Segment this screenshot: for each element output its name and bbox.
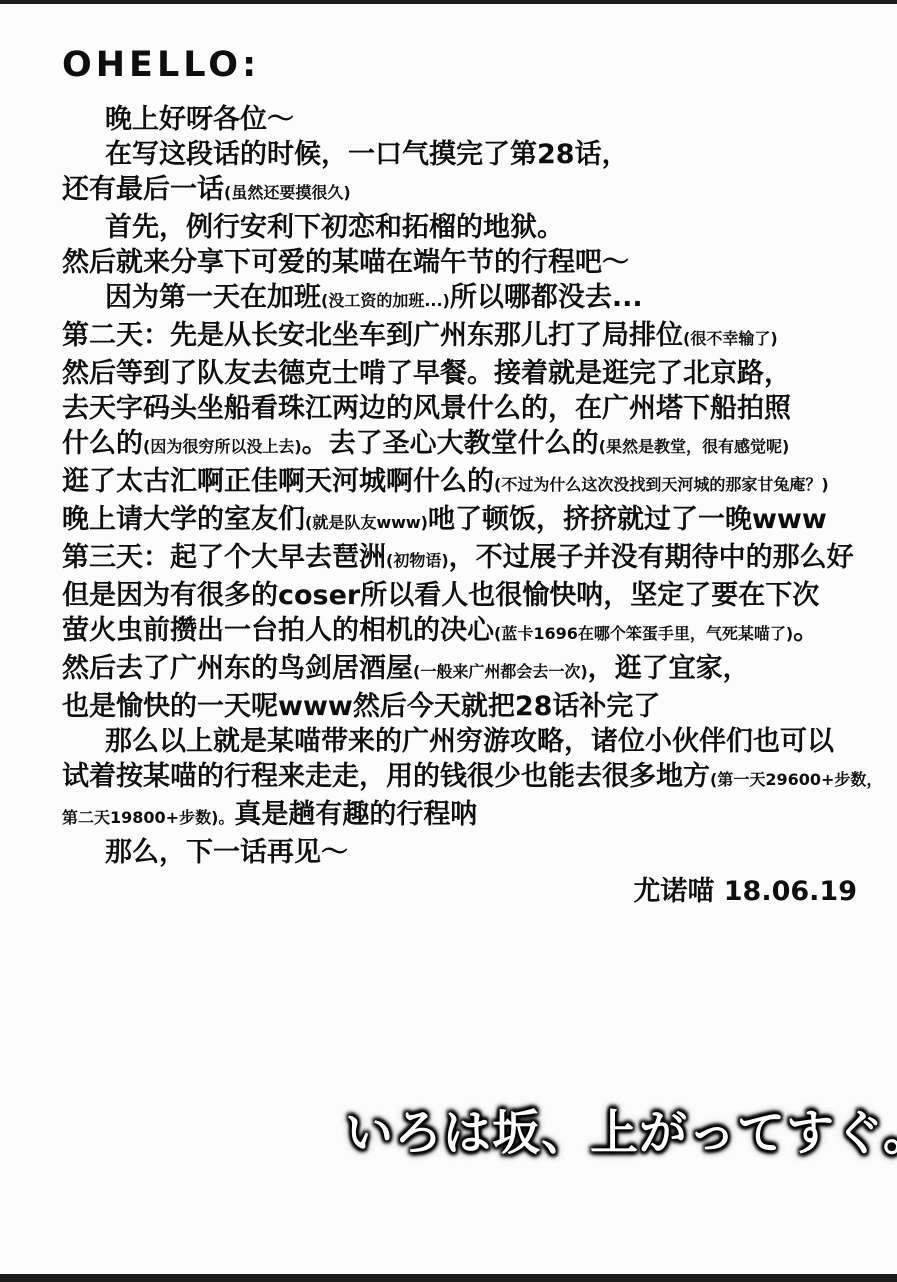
text-line: 晚上好呀各位～ (62, 102, 885, 137)
text-line: 因为第一天在加班(没工资的加班...)所以哪都没去... (62, 280, 885, 318)
text-segment: 还有最后一话 (62, 174, 224, 205)
text-segment: 。去了圣心大教堂什么的 (302, 428, 599, 459)
text-segment: 。 (793, 615, 820, 646)
afterword-title: OHELLO: (62, 44, 885, 86)
text-segment: 首先，例行安利下初恋和拓榴的地狱。 (105, 212, 564, 243)
text-line: 试着按某喵的行程来走走，用的钱很少也能去很多地方(第一天29600+步数， (62, 759, 885, 797)
text-segment: 那么，下一话再见～ (105, 837, 348, 868)
top-border-bar (0, 0, 897, 4)
text-segment: 那么以上就是某喵带来的广州穷游攻略，诸位小伙伴们也可以 (105, 726, 834, 757)
text-segment: 第二天19800+步数)。 (62, 808, 234, 827)
text-line: 第三天：起了个大早去琶洲(初物语)，不过展子并没有期待中的那么好 (62, 540, 885, 578)
text-segment: (初物语) (386, 551, 449, 570)
text-segment: (很不幸输了) (683, 329, 778, 348)
text-segment: 但是因为有很多的coser所以看人也很愉快呐，坚定了要在下次 (62, 580, 819, 611)
text-segment: ，逛了宜家， (588, 653, 750, 684)
text-segment: 第三天：起了个大早去琶洲 (62, 542, 386, 573)
text-segment: 然后就来分享下可爱的某喵在端午节的行程吧～ (62, 247, 629, 278)
text-segment: (就是队友www) (305, 513, 428, 532)
text-segment: ，不过展子并没有期待中的那么好 (449, 542, 854, 573)
text-line: 也是愉快的一天呢www然后今天就把28话补完了 (62, 689, 885, 724)
text-line: 晚上请大学的室友们(就是队友www)吔了顿饭，挤挤就过了一晚www (62, 502, 885, 540)
text-segment: (虽然还要摸很久) (224, 183, 351, 202)
text-segment: 去天字码头坐船看珠江两边的风景什么的，在广州塔下船拍照 (62, 393, 791, 424)
text-line: 逛了太古汇啊正佳啊天河城啊什么的(不过为什么这次没找到天河城的那家甘兔庵？) (62, 464, 885, 502)
text-line: 在写这段话的时候，一口气摸完了第28话， (62, 137, 885, 172)
text-line: 什么的(因为很穷所以没上去)。去了圣心大教堂什么的(果然是教堂，很有感觉呢) (62, 426, 885, 464)
text-line: 然后去了广州东的鸟剑居酒屋(一般来广州都会去一次)，逛了宜家， (62, 651, 885, 689)
text-line: 萤火虫前攒出一台拍人的相机的决心(蓝卡1696在哪个笨蛋手里，气死某喵了)。 (62, 613, 885, 651)
text-segment: 晚上请大学的室友们 (62, 504, 305, 535)
text-segment: 吔了顿饭，挤挤就过了一晚www (428, 504, 827, 535)
text-line: 第二天19800+步数)。真是趟有趣的行程呐 (62, 797, 885, 835)
text-segment: 在写这段话的时候，一口气摸完了第28话， (105, 139, 629, 170)
text-line: 第二天：先是从长安北坐车到广州东那儿打了局排位(很不幸输了) (62, 318, 885, 356)
text-line: 那么，下一话再见～ (62, 835, 885, 870)
text-line: 还有最后一话(虽然还要摸很久) (62, 172, 885, 210)
afterword-content: OHELLO: 晚上好呀各位～在写这段话的时候，一口气摸完了第28话，还有最后一… (62, 44, 885, 909)
text-segment: (第一天29600+步数， (710, 770, 882, 789)
text-line: 首先，例行安利下初恋和拓榴的地狱。 (62, 210, 885, 245)
text-segment: 然后去了广州东的鸟剑居酒屋 (62, 653, 413, 684)
text-segment: 什么的 (62, 428, 143, 459)
text-segment: (蓝卡1696在哪个笨蛋手里，气死某喵了) (494, 624, 793, 643)
text-segment: 真是趟有趣的行程呐 (234, 799, 477, 830)
text-segment: 所以哪都没去... (450, 282, 643, 313)
text-segment: (没工资的加班...) (321, 291, 450, 310)
text-segment: 晚上好呀各位～ (105, 104, 294, 135)
text-segment: (因为很穷所以没上去) (143, 437, 302, 456)
author-signature: 尤诺喵 18.06.19 (62, 874, 885, 909)
text-segment: 因为第一天在加班 (105, 282, 321, 313)
text-segment: 试着按某喵的行程来走走，用的钱很少也能去很多地方 (62, 761, 710, 792)
text-segment: 也是愉快的一天呢www然后今天就把28话补完了 (62, 691, 660, 722)
text-segment: 第二天：先是从长安北坐车到广州东那儿打了局排位 (62, 320, 683, 351)
afterword-body: 晚上好呀各位～在写这段话的时候，一口气摸完了第28话，还有最后一话(虽然还要摸很… (62, 102, 885, 870)
text-line: 然后等到了队友去德克士啃了早餐。接着就是逛完了北京路， (62, 356, 885, 391)
series-logo: いろは坂、上がってすぐ。 (345, 1094, 825, 1163)
bottom-border-bar (0, 1274, 897, 1282)
text-segment: (不过为什么这次没找到天河城的那家甘兔庵？) (494, 475, 829, 494)
text-segment: (一般来广州都会去一次) (413, 662, 588, 681)
text-line: 但是因为有很多的coser所以看人也很愉快呐，坚定了要在下次 (62, 578, 885, 613)
text-segment: 逛了太古汇啊正佳啊天河城啊什么的 (62, 466, 494, 497)
text-segment: 然后等到了队友去德克士啃了早餐。接着就是逛完了北京路， (62, 358, 791, 389)
text-segment: (果然是教堂，很有感觉呢) (599, 437, 790, 456)
text-line: 然后就来分享下可爱的某喵在端午节的行程吧～ (62, 245, 885, 280)
afterword-page: OHELLO: 晚上好呀各位～在写这段话的时候，一口气摸完了第28话，还有最后一… (0, 0, 897, 1282)
text-line: 去天字码头坐船看珠江两边的风景什么的，在广州塔下船拍照 (62, 391, 885, 426)
text-segment: 萤火虫前攒出一台拍人的相机的决心 (62, 615, 494, 646)
text-line: 那么以上就是某喵带来的广州穷游攻略，诸位小伙伴们也可以 (62, 724, 885, 759)
